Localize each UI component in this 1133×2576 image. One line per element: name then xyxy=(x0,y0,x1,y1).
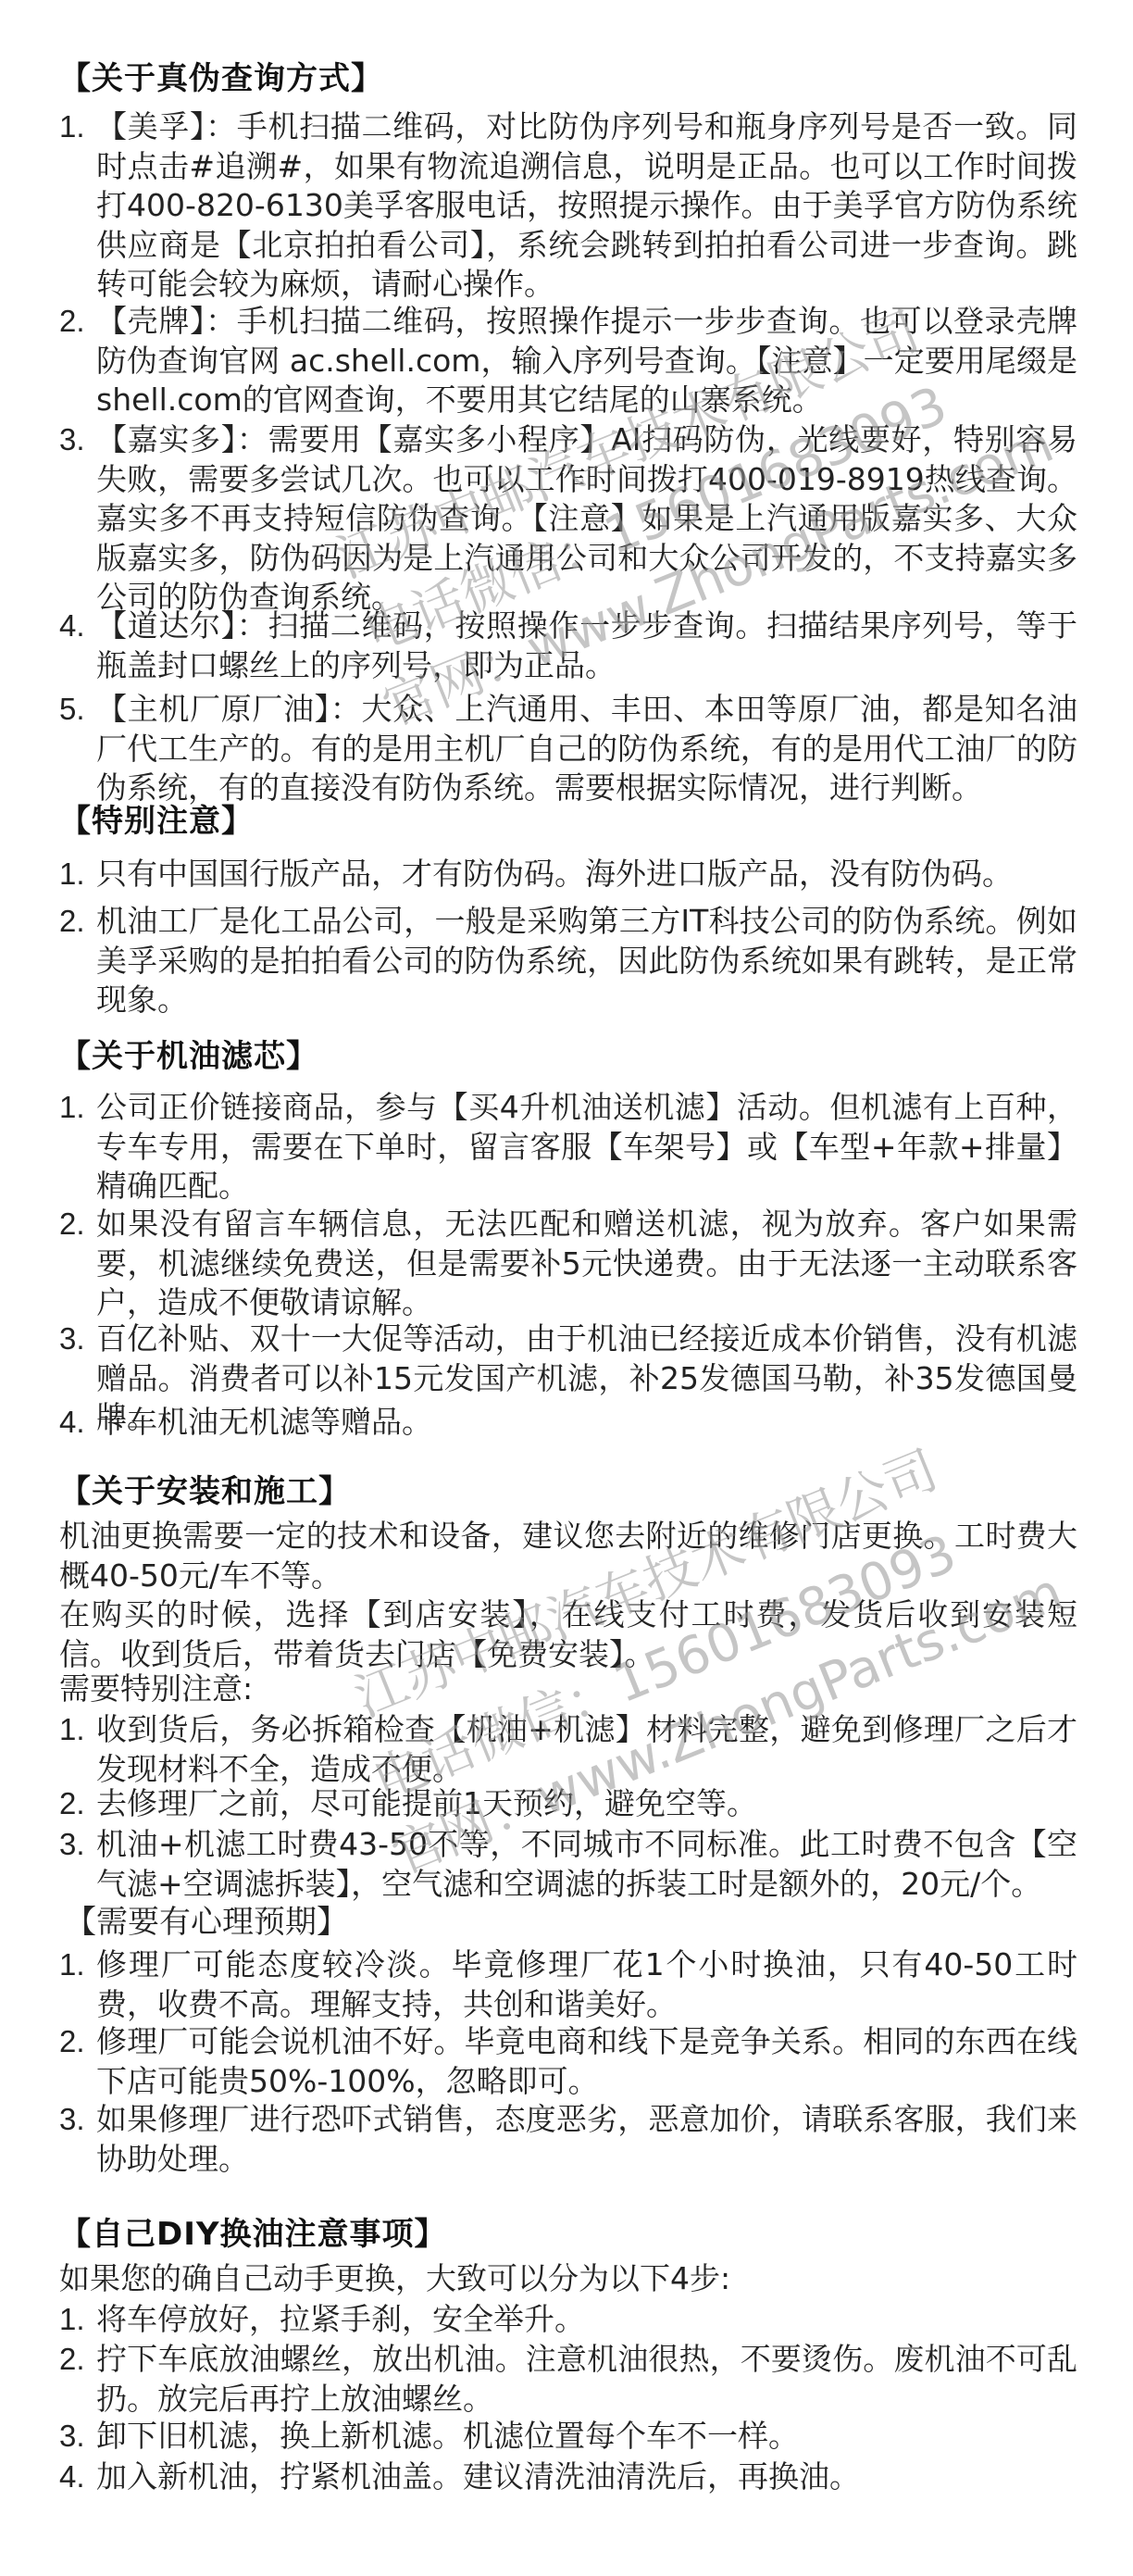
item-text: 收到货后，务必拆箱检查【机油+机滤】材料完整，避免到修理厂之后才发现材料不全，造… xyxy=(96,1710,1077,1789)
section-title-authenticity: 【关于真伪查询方式】 xyxy=(59,59,383,98)
item-text: 【壳牌】：手机扫描二维码，按照操作提示一步步查询。也可以登录壳牌防伪查询官网 a… xyxy=(96,302,1077,420)
item-text: 机油工厂是化工品公司，一般是采购第三方IT科技公司的防伪系统。例如美孚采购的是拍… xyxy=(96,902,1077,1020)
item-number: 4. xyxy=(59,2457,96,2497)
item-number: 3. xyxy=(59,1825,96,1865)
paragraph: 如果您的确自己动手更换，大致可以分为以下4步: xyxy=(59,2259,1077,2299)
list-item: 2. 如果没有留言车辆信息，无法匹配和赠送机滤，视为放弃。客户如果需要，机滤继续… xyxy=(59,1205,1077,1323)
item-text: 修理厂可能态度较冷淡。毕竟修理厂花1个小时换油，只有40-50工时费，收费不高。… xyxy=(96,1945,1077,2024)
item-number: 1. xyxy=(59,1710,96,1750)
item-text: 去修理厂之前，尽可能提前1天预约，避免空等。 xyxy=(96,1784,1077,1824)
item-text: 修理厂可能会说机油不好。毕竟电商和线下是竞争关系。相同的东西在线下店可能贵50%… xyxy=(96,2022,1077,2101)
list-item: 2. 机油工厂是化工品公司，一般是采购第三方IT科技公司的防伪系统。例如美孚采购… xyxy=(59,902,1077,1020)
item-text: 如果没有留言车辆信息，无法匹配和赠送机滤，视为放弃。客户如果需要，机滤继续免费送… xyxy=(96,1205,1077,1323)
item-text: 卡车机油无机滤等赠品。 xyxy=(96,1403,1077,1443)
item-text: 机油+机滤工时费43-50不等，不同城市不同标准。此工时费不包含【空气滤+空调滤… xyxy=(96,1825,1077,1904)
item-number: 5. xyxy=(59,690,96,730)
item-number: 1. xyxy=(59,2300,96,2340)
list-item: 2. 【壳牌】：手机扫描二维码，按照操作提示一步步查询。也可以登录壳牌防伪查询官… xyxy=(59,302,1077,420)
list-item: 3. 如果修理厂进行恐吓式销售，态度恶劣，恶意加价，请联系客服，我们来协助处理。 xyxy=(59,2100,1077,2179)
list-item: 1. 将车停放好，拉紧手刹，安全举升。 xyxy=(59,2300,1077,2340)
item-text: 如果修理厂进行恐吓式销售，态度恶劣，恶意加价，请联系客服，我们来协助处理。 xyxy=(96,2100,1077,2179)
item-text: 只有中国国行版产品，才有防伪码。海外进口版产品，没有防伪码。 xyxy=(96,855,1077,894)
list-item: 3. 卸下旧机滤，换上新机滤。机滤位置每个车不一样。 xyxy=(59,2417,1077,2457)
item-text: 【嘉实多】：需要用【嘉实多小程序】AI扫码防伪，光线要好，特别容易失败，需要多尝… xyxy=(96,420,1077,618)
list-item: 2. 去修理厂之前，尽可能提前1天预约，避免空等。 xyxy=(59,1784,1077,1824)
item-number: 3. xyxy=(59,420,96,460)
paragraph-label: 需要特别注意: xyxy=(59,1669,1077,1709)
list-item: 1. 只有中国国行版产品，才有防伪码。海外进口版产品，没有防伪码。 xyxy=(59,855,1077,894)
item-number: 1. xyxy=(59,1088,96,1128)
list-item: 2. 修理厂可能会说机油不好。毕竟电商和线下是竞争关系。相同的东西在线下店可能贵… xyxy=(59,2022,1077,2101)
list-item: 2. 拧下车底放油螺丝，放出机油。注意机油很热，不要烫伤。废机油不可乱扔。放完后… xyxy=(59,2340,1077,2419)
list-item: 4. 加入新机油，拧紧机油盖。建议清洗油清洗后，再换油。 xyxy=(59,2457,1077,2497)
paragraph: 在购买的时候，选择【到店安装】，在线支付工时费，发货后收到安装短信。收到货后，带… xyxy=(59,1595,1077,1674)
item-text: 【美孚】：手机扫描二维码，对比防伪序列号和瓶身序列号是否一致。同时点击#追溯#，… xyxy=(96,107,1077,305)
item-number: 2. xyxy=(59,302,96,342)
notice-document: 【关于真伪查询方式】 1. 【美孚】：手机扫描二维码，对比防伪序列号和瓶身序列号… xyxy=(0,0,1133,2576)
list-item: 1. 【美孚】：手机扫描二维码，对比防伪序列号和瓶身序列号是否一致。同时点击#追… xyxy=(59,107,1077,305)
list-item: 4. 卡车机油无机滤等赠品。 xyxy=(59,1403,1077,1443)
item-number: 2. xyxy=(59,2340,96,2380)
item-text: 加入新机油，拧紧机油盖。建议清洗油清洗后，再换油。 xyxy=(96,2457,1077,2497)
item-text: 公司正价链接商品，参与【买4升机油送机滤】活动。但机滤有上百种，专车专用，需要在… xyxy=(96,1088,1077,1207)
item-number: 3. xyxy=(59,1319,96,1359)
item-number: 1. xyxy=(59,1945,96,1985)
item-text: 拧下车底放油螺丝，放出机油。注意机油很热，不要烫伤。废机油不可乱扔。放完后再拧上… xyxy=(96,2340,1077,2419)
item-number: 3. xyxy=(59,2417,96,2457)
section-title-installation: 【关于安装和施工】 xyxy=(59,1472,351,1511)
subsection-title-expectation: 【需要有心理预期】 xyxy=(65,1903,348,1942)
item-number: 4. xyxy=(59,606,96,646)
section-title-oil-filter: 【关于机油滤芯】 xyxy=(59,1037,318,1076)
item-number: 2. xyxy=(59,2022,96,2062)
item-number: 1. xyxy=(59,107,96,147)
item-text: 将车停放好，拉紧手刹，安全举升。 xyxy=(96,2300,1077,2340)
section-title-diy: 【自己DIY换油注意事项】 xyxy=(59,2215,447,2254)
item-text: 【道达尔】：扫描二维码，按照操作一步步查询。扫描结果序列号，等于瓶盖封口螺丝上的… xyxy=(96,606,1077,685)
list-item: 3. 【嘉实多】：需要用【嘉实多小程序】AI扫码防伪，光线要好，特别容易失败，需… xyxy=(59,420,1077,618)
list-item: 3. 机油+机滤工时费43-50不等，不同城市不同标准。此工时费不包含【空气滤+… xyxy=(59,1825,1077,1904)
item-number: 1. xyxy=(59,855,96,894)
list-item: 1. 修理厂可能态度较冷淡。毕竟修理厂花1个小时换油，只有40-50工时费，收费… xyxy=(59,1945,1077,2024)
item-number: 2. xyxy=(59,1784,96,1824)
item-number: 2. xyxy=(59,1205,96,1244)
item-number: 3. xyxy=(59,2100,96,2140)
list-item: 5. 【主机厂原厂油】：大众、上汽通用、丰田、本田等原厂油，都是知名油厂代工生产… xyxy=(59,690,1077,808)
list-item: 1. 收到货后，务必拆箱检查【机油+机滤】材料完整，避免到修理厂之后才发现材料不… xyxy=(59,1710,1077,1789)
item-text: 【主机厂原厂油】：大众、上汽通用、丰田、本田等原厂油，都是知名油厂代工生产的。有… xyxy=(96,690,1077,808)
list-item: 1. 公司正价链接商品，参与【买4升机油送机滤】活动。但机滤有上百种，专车专用，… xyxy=(59,1088,1077,1207)
item-text: 卸下旧机滤，换上新机滤。机滤位置每个车不一样。 xyxy=(96,2417,1077,2457)
item-number: 2. xyxy=(59,902,96,942)
list-item: 4. 【道达尔】：扫描二维码，按照操作一步步查询。扫描结果序列号，等于瓶盖封口螺… xyxy=(59,606,1077,685)
section-title-special-notice: 【特别注意】 xyxy=(59,802,254,841)
item-number: 4. xyxy=(59,1403,96,1443)
paragraph: 机油更换需要一定的技术和设备，建议您去附近的维修门店更换。工时费大概40-50元… xyxy=(59,1517,1077,1595)
